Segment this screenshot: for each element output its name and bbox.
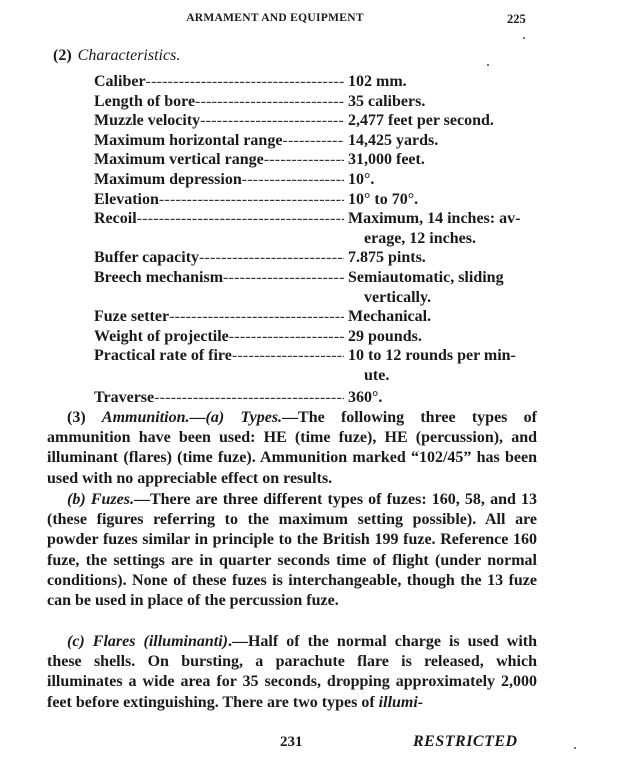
spec-row: Breech mechanism------------------------… xyxy=(94,268,539,307)
spec-value: 10° to 70°. xyxy=(348,190,538,210)
running-title: ARMAMENT AND EQUIPMENT xyxy=(150,12,400,24)
dot-leader: ----------------------------------------… xyxy=(264,151,344,168)
spec-value-continuation: vertically. xyxy=(348,288,538,308)
spec-value: 35 calibers. xyxy=(348,92,538,112)
spec-row: Traverse--------------------------------… xyxy=(94,388,539,408)
subsection-title: Types. xyxy=(240,409,282,426)
subsection-label: (c) xyxy=(67,633,85,650)
section-number: (2) xyxy=(53,47,72,64)
spec-value: Semiautomatic, slidingvertically. xyxy=(348,268,538,307)
dot-leader: ----------------------------------------… xyxy=(169,308,344,325)
subsection-title-paren: (illuminanti) xyxy=(144,633,228,650)
spec-row: Weight of projectile--------------------… xyxy=(94,327,539,347)
spec-label: Length of bore--------------------------… xyxy=(94,92,344,112)
spec-label: Elevation-------------------------------… xyxy=(94,190,344,210)
dot-leader: ----------------------------------------… xyxy=(242,171,344,188)
spec-value: 10°. xyxy=(348,170,538,190)
spec-label: Traverse--------------------------------… xyxy=(94,388,344,408)
spec-row: Maximum vertical range------------------… xyxy=(94,150,539,170)
subsection-label: (b) xyxy=(67,491,86,508)
dot-leader: ----------------------------------------… xyxy=(154,389,344,406)
spec-row: Maximum depression----------------------… xyxy=(94,170,539,190)
spec-value-continuation: erage, 12 inches. xyxy=(348,229,538,249)
page-number-top: 225 xyxy=(507,12,526,27)
spec-row: Elevation-------------------------------… xyxy=(94,190,539,210)
spec-label: Caliber---------------------------------… xyxy=(94,72,344,92)
scan-speck xyxy=(574,747,576,749)
spec-value: 360°. xyxy=(348,388,538,408)
spec-row: Practical rate of fire------------------… xyxy=(94,346,539,385)
paragraph-fuzes: (b) Fuzes.—There are three different typ… xyxy=(47,490,537,611)
dot-leader: ----------------------------------------… xyxy=(223,269,344,286)
subsection-title: Fuzes. xyxy=(91,491,134,508)
spec-value: Mechanical. xyxy=(348,307,538,327)
spec-row: Recoil----------------------------------… xyxy=(94,209,539,248)
spec-value: Maximum, 14 inches: av-erage, 12 inches. xyxy=(348,209,538,248)
spec-label: Muzzle velocity-------------------------… xyxy=(94,111,344,131)
spec-label: Recoil----------------------------------… xyxy=(94,209,344,229)
dot-leader: ----------------------------------------… xyxy=(199,249,344,266)
spec-value: 10 to 12 rounds per min-ute. xyxy=(348,346,538,385)
spec-value: 29 pounds. xyxy=(348,327,538,347)
subsection-title: Flares xyxy=(93,633,136,650)
spec-value: 102 mm. xyxy=(348,72,538,92)
spec-value: 31,000 feet. xyxy=(348,150,538,170)
paragraph-flares: (c) Flares (illuminanti).—Half of the no… xyxy=(47,632,537,713)
dot-leader: ----------------------------------------… xyxy=(159,191,344,208)
spec-value: 7.875 pints. xyxy=(348,248,538,268)
section-title: Characteristics. xyxy=(78,47,181,64)
classification-marking: RESTRICTED xyxy=(413,733,518,751)
dot-leader: ----------------------------------------… xyxy=(229,328,344,345)
spec-row: Buffer capacity-------------------------… xyxy=(94,248,539,268)
dot-leader: ----------------------------------------… xyxy=(200,112,344,129)
dot-leader: ----------------------------------------… xyxy=(232,347,344,364)
spec-label: Fuze setter-----------------------------… xyxy=(94,307,344,327)
spec-label: Weight of projectile--------------------… xyxy=(94,327,344,347)
dot-leader: ----------------------------------------… xyxy=(137,210,344,227)
page-footer: 231 RESTRICTED xyxy=(0,734,618,754)
section-title: Ammunition. xyxy=(102,409,190,426)
section-heading-characteristics: (2)Characteristics. xyxy=(53,47,180,65)
spec-value: 14,425 yards. xyxy=(348,131,538,151)
spec-label: Maximum depression----------------------… xyxy=(94,170,344,190)
section-number: (3) xyxy=(67,409,86,426)
paragraph-text: —There are three different types of fuze… xyxy=(47,491,537,609)
spec-row: Maximum horizontal range----------------… xyxy=(94,131,539,151)
paragraph-text-italic: illumi- xyxy=(379,694,423,711)
spec-value-continuation: ute. xyxy=(348,366,538,386)
running-header: ARMAMENT AND EQUIPMENT 225 xyxy=(0,12,618,30)
spec-label: Maximum horizontal range----------------… xyxy=(94,131,344,151)
spec-row: Caliber---------------------------------… xyxy=(94,72,539,92)
spec-row: Muzzle velocity-------------------------… xyxy=(94,111,539,131)
spec-row: Fuze setter-----------------------------… xyxy=(94,307,539,327)
spec-label: Maximum vertical range------------------… xyxy=(94,150,344,170)
dot-leader: ----------------------------------------… xyxy=(146,73,344,90)
spec-value: 2,477 feet per second. xyxy=(348,111,538,131)
spec-label: Buffer capacity-------------------------… xyxy=(94,248,344,268)
spec-row: Length of bore--------------------------… xyxy=(94,92,539,112)
scan-speck xyxy=(487,64,489,66)
spec-label: Breech mechanism------------------------… xyxy=(94,268,344,288)
document-page: ARMAMENT AND EQUIPMENT 225 (2)Characteri… xyxy=(0,0,618,767)
scan-speck xyxy=(523,37,525,39)
subsection-label: (a) xyxy=(206,409,225,426)
paragraph-ammunition-types: (3) Ammunition.—(a) Types.—The following… xyxy=(47,408,537,489)
dot-leader: ----------------------------------------… xyxy=(282,132,344,149)
characteristics-table: Caliber---------------------------------… xyxy=(94,72,539,407)
spec-label: Practical rate of fire------------------… xyxy=(94,346,344,366)
page-number-bottom: 231 xyxy=(280,734,303,751)
dot-leader: ----------------------------------------… xyxy=(195,93,344,110)
